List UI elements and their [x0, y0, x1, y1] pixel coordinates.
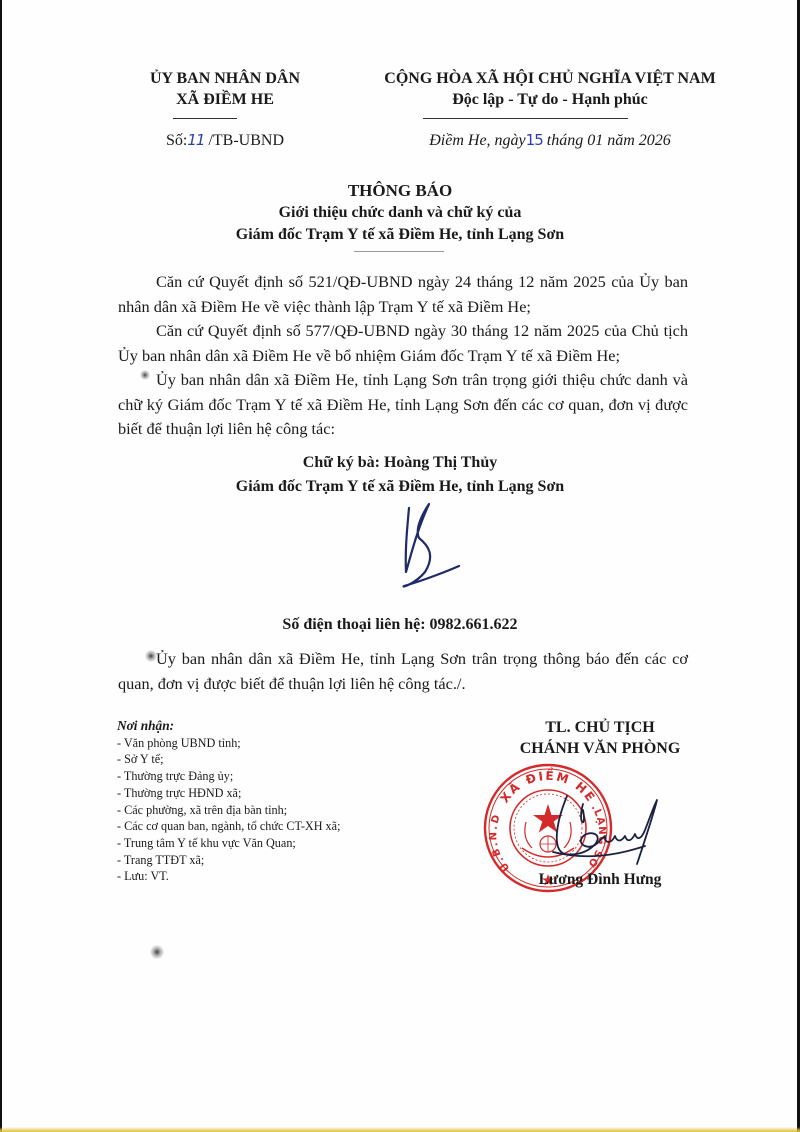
scan-speck [150, 945, 164, 959]
document-title: THÔNG BÁO Giới thiệu chức danh và chữ ký… [110, 180, 690, 246]
body-paragraph: Căn cứ Quyết định số 577/QĐ-UBND ngày 30… [118, 319, 688, 368]
date-prefix: Điềm He, ngày [429, 132, 525, 149]
recipient-item: - Trang TTĐT xã; [117, 852, 437, 869]
date-day-handwritten: 15 [526, 131, 543, 149]
title-main: THÔNG BÁO [110, 180, 690, 202]
national-motto: Độc lập - Tự do - Hạnh phúc [340, 89, 760, 110]
document-body: Căn cứ Quyết định số 521/QĐ-UBND ngày 24… [118, 270, 688, 442]
recipient-item: - Văn phòng UBND tỉnh; [117, 735, 437, 752]
date-suffix: tháng 01 năm 2026 [547, 132, 671, 149]
signee-introduction: Chữ ký bà: Hoàng Thị Thủy Giám đốc Trạm … [150, 451, 650, 499]
nation-name: CỘNG HÒA XÃ HỘI CHỦ NGHĨA VIỆT NAM [340, 68, 760, 89]
body-paragraph: Căn cứ Quyết định số 521/QĐ-UBND ngày 24… [118, 270, 688, 319]
issue-date: Điềm He, ngày15 tháng 01 năm 2026 [340, 131, 760, 150]
signee-signature-icon [395, 500, 475, 590]
body-paragraph: Ủy ban nhân dân xã Điềm He, tỉnh Lạng Sơ… [118, 368, 688, 442]
recipient-item: - Trung tâm Y tế khu vực Văn Quan; [117, 835, 437, 852]
title-subject-line-2: Giám đốc Trạm Y tế xã Điềm He, tỉnh Lạng… [110, 224, 690, 246]
signer-signature-icon [545, 780, 675, 880]
scan-edge-smudge [0, 1127, 800, 1132]
closing-statement: Ủy ban nhân dân xã Điềm He, tỉnh Lạng Sơ… [118, 647, 688, 696]
document-page: ỦY BAN NHÂN DÂN XÃ ĐIỀM HE CỘNG HÒA XÃ H… [0, 0, 800, 1132]
signee-signature-label: Chữ ký bà: Hoàng Thị Thủy [150, 451, 650, 475]
authority-line-2: XÃ ĐIỀM HE [110, 89, 340, 110]
signer-authority: TL. CHỦ TỊCH CHÁNH VĂN PHÒNG [470, 717, 730, 759]
signee-position: Giám đốc Trạm Y tế xã Điềm He, tỉnh Lạng… [150, 475, 650, 499]
signer-title-line-1: TL. CHỦ TỊCH [470, 717, 730, 738]
closing-paragraph: Ủy ban nhân dân xã Điềm He, tỉnh Lạng Sơ… [118, 647, 688, 696]
recipient-item: - Thường trực HĐND xã; [117, 785, 437, 802]
recipient-item: - Các cơ quan ban, ngành, tổ chức CT-XH … [117, 818, 437, 835]
svg-text:U.B.N.D: U.B.N.D [488, 812, 512, 873]
recipients-heading: Nơi nhận: [117, 718, 437, 735]
signer-title-line-2: CHÁNH VĂN PHÒNG [470, 738, 730, 759]
contact-phone: Số điện thoại liên hệ: 0982.661.622 [150, 616, 650, 634]
scan-speck [140, 370, 150, 380]
national-heading: CỘNG HÒA XÃ HỘI CHỦ NGHĨA VIỆT NAM Độc l… [340, 68, 760, 110]
document-number: Số:11 /TB-UBND [110, 131, 340, 150]
motto-underline [423, 118, 628, 119]
recipient-item: - Các phường, xã trên địa bàn tỉnh; [117, 802, 437, 819]
doc-number-prefix: Số: [166, 132, 187, 149]
recipient-item: - Thường trực Đảng ủy; [117, 768, 437, 785]
signer-name: Lương Đình Hưng [470, 871, 730, 889]
title-subject-line-1: Giới thiệu chức danh và chữ ký của [110, 202, 690, 224]
recipients-list: Nơi nhận: - Văn phòng UBND tỉnh; - Sở Y … [117, 718, 437, 885]
doc-number-handwritten: 11 [187, 131, 204, 149]
doc-number-suffix: /TB-UBND [208, 132, 284, 149]
authority-line-1: ỦY BAN NHÂN DÂN [110, 68, 340, 89]
recipient-item: - Lưu: VT. [117, 868, 437, 885]
recipient-item: - Sở Y tế; [117, 751, 437, 768]
title-underline [354, 251, 444, 252]
authority-underline [173, 118, 237, 119]
issuing-authority: ỦY BAN NHÂN DÂN XÃ ĐIỀM HE [110, 68, 340, 110]
scan-speck [145, 650, 157, 662]
scan-border-left [0, 0, 2, 1132]
